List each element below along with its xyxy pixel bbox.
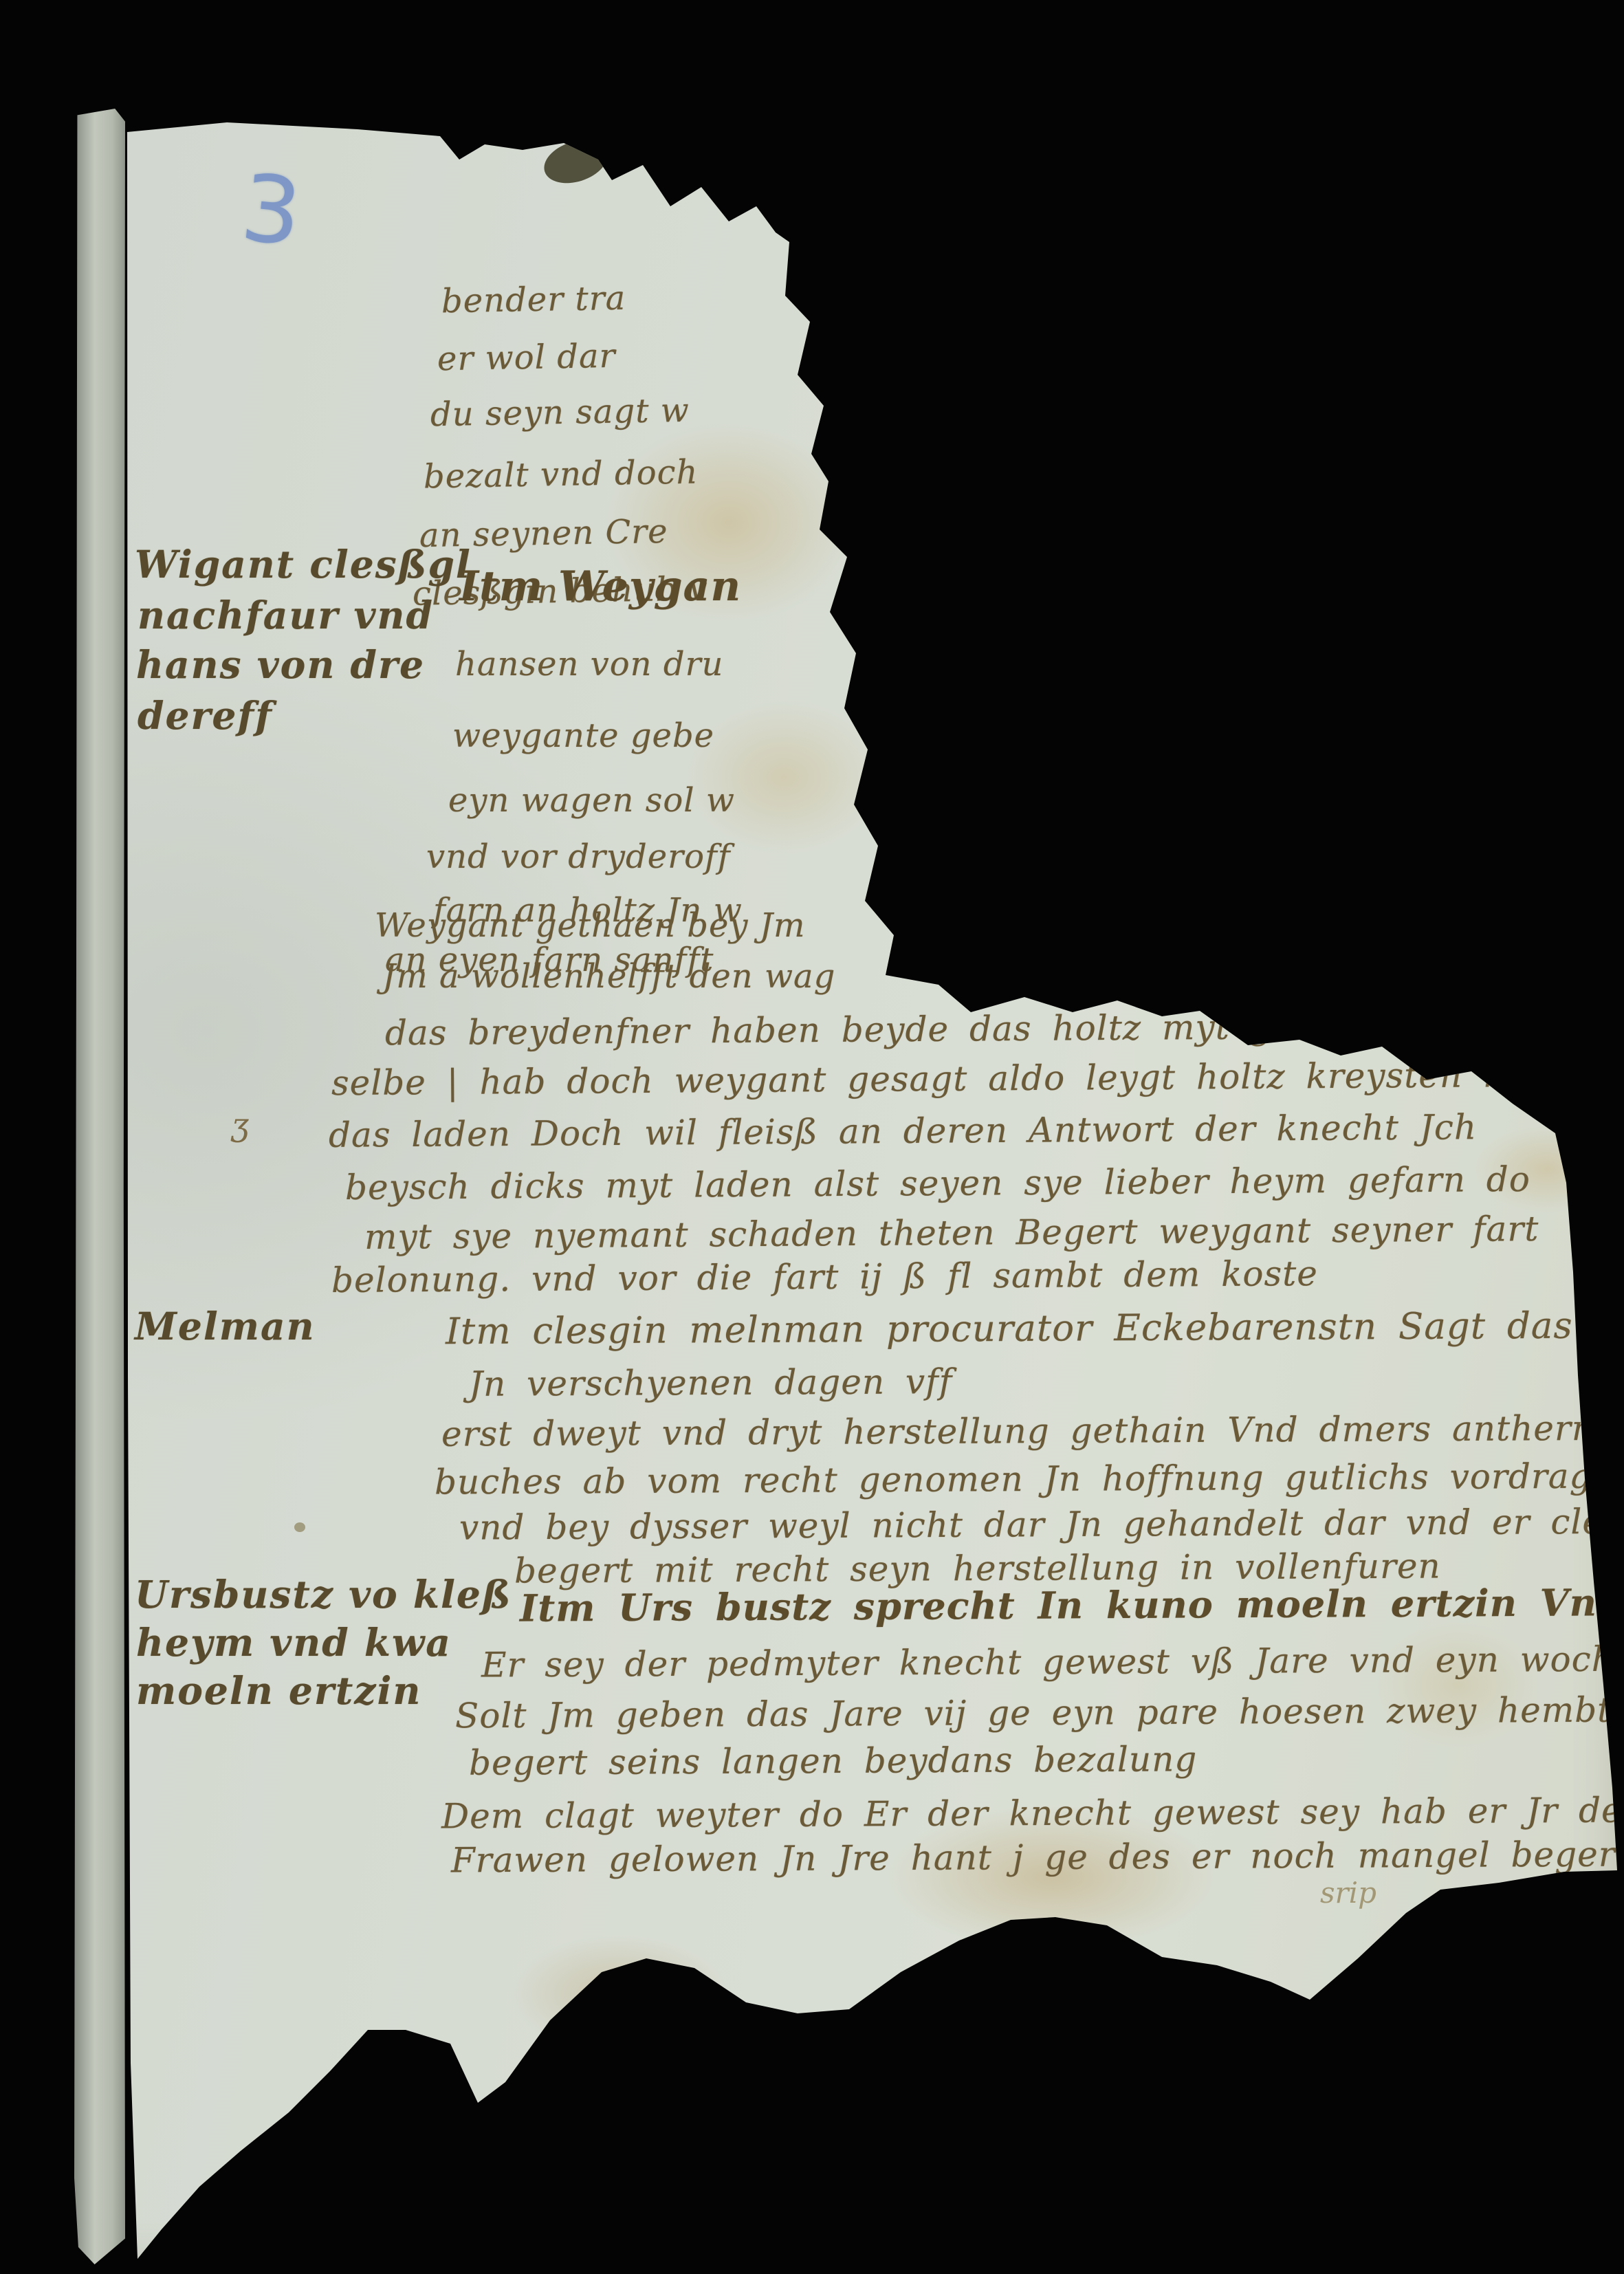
manuscript-line: das laden Doch wil fleisß an deren Antwo… bbox=[329, 1107, 1477, 1155]
manuscript-line: Dem clagt weyter do Er der knecht gewest… bbox=[441, 1790, 1624, 1836]
manuscript-leaf: 3 bender tra er wol dar du seyn sagt w b… bbox=[0, 0, 1624, 2274]
manuscript-line: Solt Jm geben das Jare vij ge eyn pare h… bbox=[455, 1690, 1612, 1736]
fragment-line: er wol dar bbox=[437, 337, 616, 379]
margin-note-urban: Ursbustz vo kleß bbox=[135, 1572, 512, 1617]
margin-note-wigant: hans von dre bbox=[136, 642, 425, 687]
manuscript-line: Jn verschyenen dagen vff bbox=[469, 1362, 953, 1404]
manuscript-line: belonung. vnd vor die fart ij ß fl sambt… bbox=[331, 1254, 1318, 1300]
edge-stain-blot bbox=[538, 133, 613, 191]
fragment-line: bender tra bbox=[441, 279, 626, 321]
folio-number: 3 bbox=[237, 154, 306, 267]
manuscript-line: das breydenfner haben beyde das holtz my… bbox=[385, 1006, 1450, 1053]
small-stain-dot bbox=[294, 1522, 305, 1532]
manuscript-line: weygante gebe bbox=[452, 717, 714, 755]
manuscript-line: beysch dicks myt laden alst seyen sye li… bbox=[345, 1159, 1530, 1207]
manuscript-line: hansen von dru bbox=[455, 645, 723, 684]
manuscript-line: selbe | hab doch weygant gesagt aldo ley… bbox=[331, 1055, 1539, 1103]
manuscript-scan: 3 bender tra er wol dar du seyn sagt w b… bbox=[0, 0, 1624, 2274]
manuscript-line: erst dweyt vnd dryt herstellung gethain … bbox=[441, 1408, 1624, 1454]
manuscript-line: vnd bey dysser weyl nicht dar Jn gehande… bbox=[459, 1501, 1624, 1547]
manuscript-line: buches ab vom recht genomen Jn hoffnung … bbox=[435, 1456, 1624, 1502]
margin-note-wigant: nachfaur vnd bbox=[138, 593, 434, 637]
margin-note-wigant: Wigant clesßgl bbox=[135, 542, 472, 587]
manuscript-line: Er sey der pedmyter knecht gewest vß Jar… bbox=[481, 1639, 1624, 1685]
manuscript-line: eyn wagen sol w bbox=[448, 781, 735, 820]
edge-text-fragment: srip bbox=[1320, 1876, 1376, 1910]
manuscript-line: Itm Weygan bbox=[459, 562, 741, 611]
fragment-line: bezalt vnd doch bbox=[424, 453, 699, 496]
manuscript-line: myt sye nyemant schaden theten Begert we… bbox=[364, 1209, 1539, 1257]
manuscript-line: Jm a wollenhelfft den wag bbox=[382, 957, 835, 996]
margin-note-melman: Melman bbox=[135, 1304, 316, 1348]
margin-mark: ʒ bbox=[231, 1106, 249, 1143]
fragment-line: du seyn sagt w bbox=[430, 391, 690, 435]
manuscript-line: Itm clesgin melnman procurator Eckebaren… bbox=[446, 1305, 1573, 1353]
manuscript-line: Frawen gelowen Jn Jre hant j ge des er n… bbox=[451, 1835, 1624, 1881]
manuscript-line: vnd vor dryderoff bbox=[426, 838, 731, 876]
manuscript-line: begert seins langen beydans bezalung bbox=[469, 1739, 1198, 1783]
margin-note-urban: moeln ertzin bbox=[136, 1668, 421, 1713]
manuscript-line: Weygant gethaen bey Jm bbox=[375, 906, 806, 945]
margin-note-urban: heym vnd kwa bbox=[136, 1620, 452, 1665]
binding-edge-strip bbox=[74, 109, 125, 2264]
manuscript-line: Itm Urs bustz sprecht In kuno moeln ertz… bbox=[520, 1579, 1624, 1630]
margin-note-wigant: dereff bbox=[138, 693, 273, 738]
